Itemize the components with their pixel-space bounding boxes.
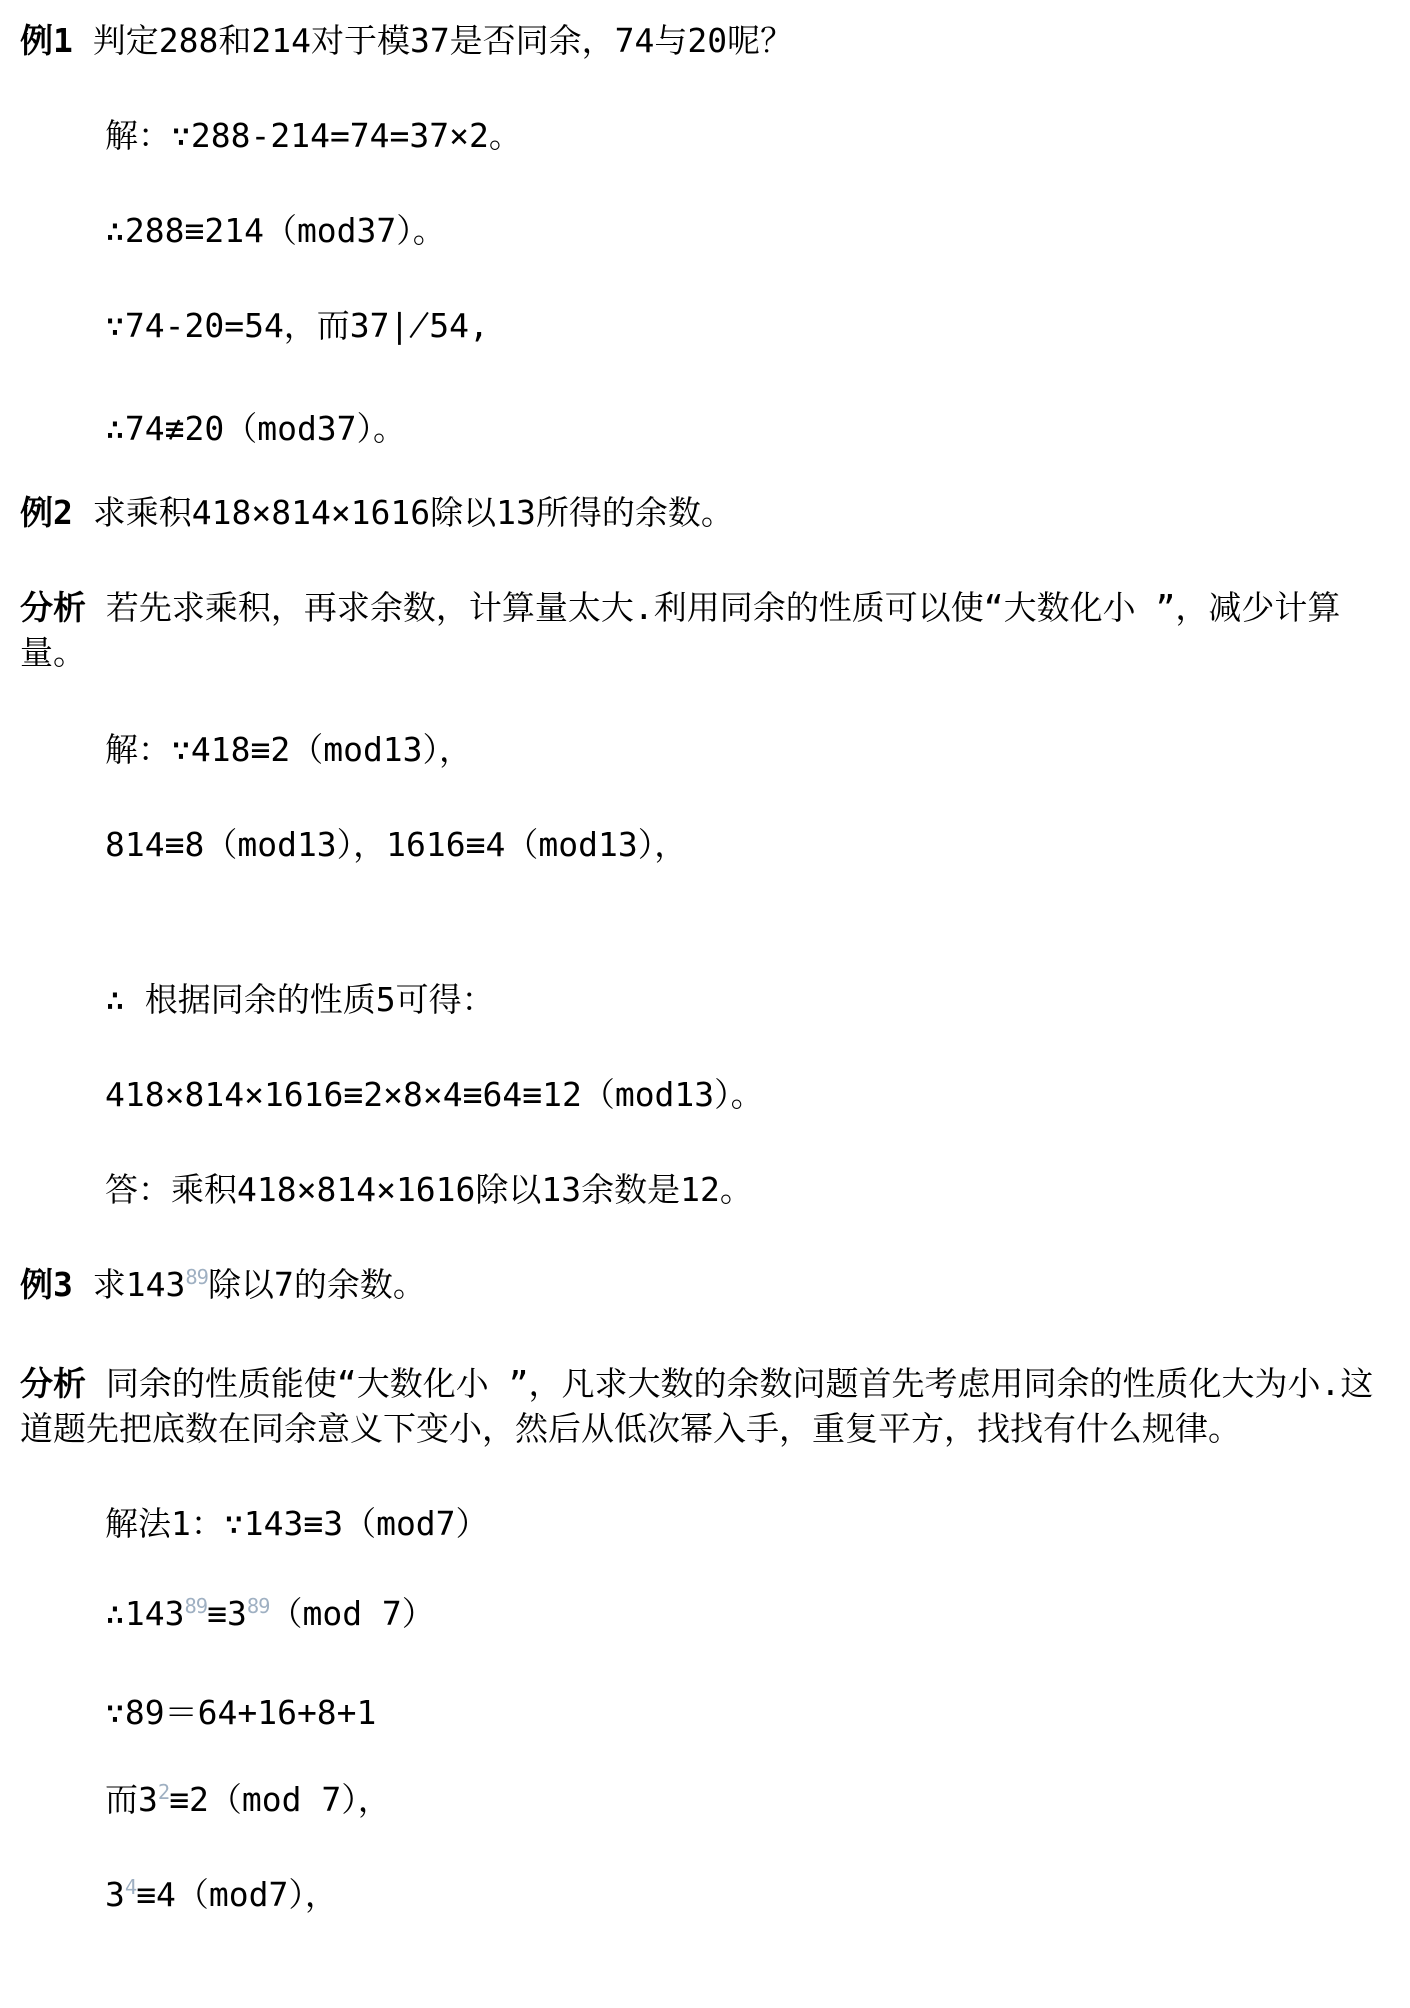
solution-step: 解：∵418≡2（mod13），: [105, 727, 1410, 772]
line-text: ≡2（mod 7），: [169, 1780, 391, 1819]
example1-heading: 例1 判定288和214对于模37是否同余，74与20呢？: [20, 18, 1398, 63]
analysis-paragraph: 分析 同余的性质能使“大数化小 ”，凡求大数的余数问题首先考虑用同余的性质化大为…: [20, 1361, 1398, 1451]
solution-step: 解：∵288-214=74=37×2。: [105, 113, 1410, 158]
answer-line: 答：乘积418×814×1616除以13余数是12。: [105, 1167, 1410, 1212]
line-label: 例3: [20, 1265, 73, 1304]
solution-step: 418×814×1616≡2×8×4≡64≡12（mod13）。: [105, 1072, 1410, 1117]
line-label: 分析: [20, 1364, 86, 1403]
line-text: ∴ 根据同余的性质5可得：: [105, 980, 495, 1019]
line-text: 3: [105, 1875, 125, 1914]
line-text: 418×814×1616≡2×8×4≡64≡12（mod13）。: [105, 1075, 764, 1114]
line-text: 判定288和214对于模37是否同余，74与20呢？: [73, 21, 793, 60]
line-text: 除以7的余数。: [208, 1265, 426, 1304]
line-text: ≡4（mod7），: [136, 1875, 338, 1914]
superscript-exponent: 4: [125, 1875, 136, 1899]
line-text: 若先求乘积，再求余数，计算量太大.利用同余的性质可以使“大数化小 ”，减少计算量…: [20, 588, 1340, 672]
solution-step: 解法1：∵143≡3（mod7）: [105, 1501, 1410, 1546]
line-text: ≡3: [207, 1594, 247, 1633]
solution-step: ∴14389≡389（mod 7）: [105, 1591, 1410, 1636]
superscript-exponent: 2: [158, 1780, 169, 1804]
line-text: 而3: [105, 1780, 158, 1819]
superscript-exponent: 89: [184, 1594, 207, 1618]
example3-heading: 例3 求14389除以7的余数。: [20, 1262, 1398, 1307]
line-text: ∴288≡214（mod37）。: [105, 211, 446, 250]
document-body: 例1 判定288和214对于模37是否同余，74与20呢？解：∵288-214=…: [0, 18, 1410, 1917]
line-text: 同余的性质能使“大数化小 ”，凡求大数的余数问题首先考虑用同余的性质化大为小.这…: [20, 1364, 1373, 1448]
line-text: ∴74≢20（mod37）。: [105, 409, 406, 448]
line-text: 解：∵288-214=74=37×2。: [105, 116, 522, 155]
line-text: 求143: [73, 1265, 185, 1304]
solution-step: ∴288≡214（mod37）。: [105, 208, 1410, 253]
line-label: 例2: [20, 493, 73, 532]
solution-step: ∵74-20=54，而37∤54,: [105, 303, 1410, 348]
solution-step: ∴ 根据同余的性质5可得：: [105, 977, 1410, 1022]
example2-heading: 例2 求乘积418×814×1616除以13所得的余数。: [20, 490, 1398, 535]
solution-step: 814≡8（mod13），1616≡4（mod13），: [105, 822, 1410, 867]
solution-step: ∵89＝64+16+8+1: [105, 1690, 1410, 1735]
line-text: ∴143: [105, 1594, 184, 1633]
document-page: { "colors": { "text": "#000000", "backgr…: [0, 18, 1410, 2008]
line-text: ∵74-20=54，而37∤54,: [105, 306, 489, 345]
solution-step: ∴74≢20（mod37）。: [105, 406, 1410, 451]
line-text: 求乘积418×814×1616除以13所得的余数。: [73, 493, 734, 532]
superscript-exponent: 89: [185, 1265, 208, 1289]
solution-step: 34≡4（mod7），: [105, 1872, 1410, 1917]
solution-step: 而32≡2（mod 7），: [105, 1777, 1410, 1822]
line-label: 例1: [20, 21, 73, 60]
line-text: （mod 7）: [269, 1594, 434, 1633]
superscript-exponent: 89: [247, 1594, 270, 1618]
line-text: 解法1：∵143≡3（mod7）: [105, 1504, 489, 1543]
analysis-paragraph: 分析 若先求乘积，再求余数，计算量太大.利用同余的性质可以使“大数化小 ”，减少…: [20, 585, 1398, 675]
line-text: 答：乘积418×814×1616除以13余数是12。: [105, 1170, 753, 1209]
line-text: 解：∵418≡2（mod13），: [105, 730, 472, 769]
line-text: 814≡8（mod13），1616≡4（mod13），: [105, 825, 687, 864]
line-text: ∵89＝64+16+8+1: [105, 1693, 376, 1732]
line-label: 分析: [20, 588, 86, 627]
